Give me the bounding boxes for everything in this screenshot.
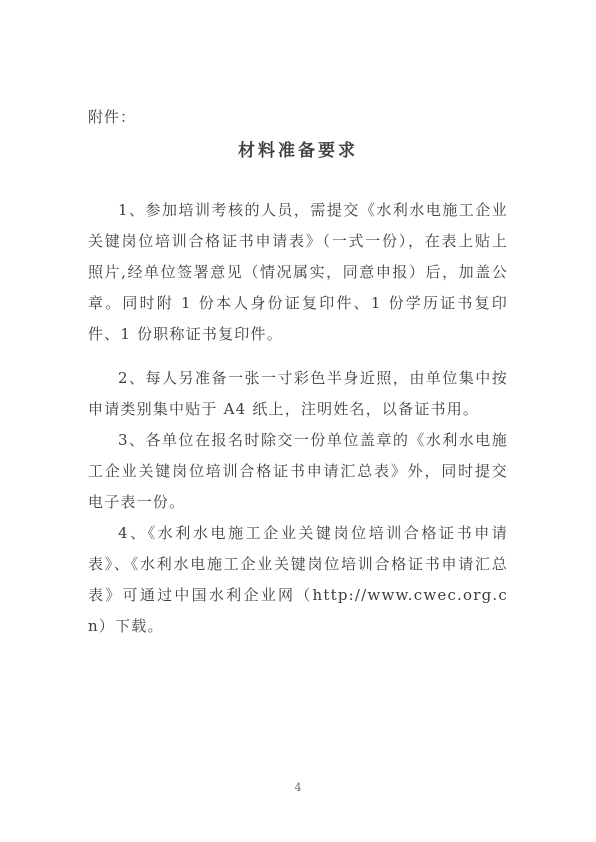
paragraph-4: 4、《水利水电施工企业关键岗位培训合格证书申请表》、《水利水电施工企业关键岗位培… <box>88 518 508 642</box>
document-content: 附件： 材料准备要求 1、参加培训考核的人员，需提交《水利水电施工企业关键岗位培… <box>0 0 596 642</box>
paragraph-1: 1、参加培训考核的人员，需提交《水利水电施工企业关键岗位培训合格证书申请表》（一… <box>88 195 508 350</box>
document-title: 材料准备要求 <box>88 138 508 164</box>
paragraph-2: 2、每人另准备一张一寸彩色半身近照，由单位集中按申请类别集中贴于 A4 纸上，注… <box>88 363 508 425</box>
attachment-label: 附件： <box>88 106 508 128</box>
page-number: 4 <box>0 782 596 794</box>
paragraph-3: 3、各单位在报名时除交一份单位盖章的《水利水电施工企业关键岗位培训合格证书申请汇… <box>88 425 508 518</box>
document-page: 附件： 材料准备要求 1、参加培训考核的人员，需提交《水利水电施工企业关键岗位培… <box>0 0 596 842</box>
